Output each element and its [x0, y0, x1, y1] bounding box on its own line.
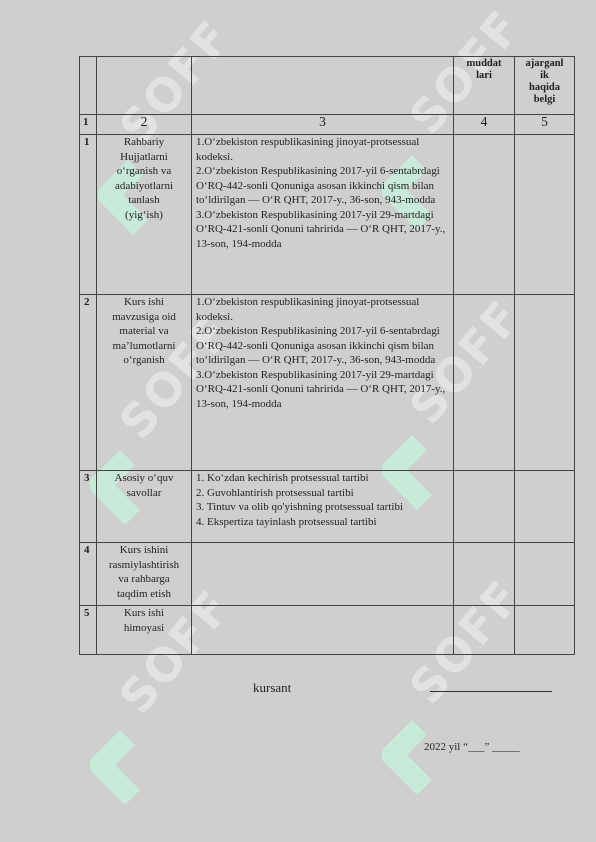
- table-header-row: muddatlari ajarganlikhaqidabelgi: [80, 57, 575, 115]
- row-stage: Asosiy o‘quvsavollar: [97, 471, 192, 543]
- row-content: 1.O‘zbekiston respublikasining jinoyat-p…: [192, 295, 454, 471]
- header-cell-index: [80, 57, 97, 115]
- text-line: 1.O‘zbekiston respublikasining jinoyat-p…: [196, 135, 449, 164]
- text-line: 1. Ko‘zdan kechirish protsessual tartibi: [196, 471, 449, 486]
- text-line: va rahbarga: [101, 572, 187, 587]
- row-stage: Kurs ishimavzusiga oidmaterial vama’lumo…: [97, 295, 192, 471]
- text-line: belgi: [519, 94, 570, 106]
- column-number: 1: [80, 115, 97, 135]
- signer-label: kursant: [253, 680, 291, 696]
- row-index: 4: [80, 543, 97, 606]
- text-line: Kurs ishi: [101, 606, 187, 621]
- text-line: 3. Tintuv va olib qo'yishning protsessua…: [196, 500, 449, 515]
- column-number-row: 1 2 3 4 5: [80, 115, 575, 135]
- row-content: 1.O‘zbekiston respublikasining jinoyat-p…: [192, 135, 454, 295]
- text-line: himoyasi: [101, 621, 187, 636]
- row-content: 1. Ko‘zdan kechirish protsessual tartibi…: [192, 471, 454, 543]
- date-line: 2022 yil “___” _____: [424, 741, 520, 753]
- text-line: ajarganl: [519, 58, 570, 70]
- row-mark: [515, 471, 575, 543]
- row-stage: RahbariyHujjatlarnio‘rganish vaadabiyotl…: [97, 135, 192, 295]
- header-cell-stage: [97, 57, 192, 115]
- header-cell-deadline: muddatlari: [454, 57, 515, 115]
- text-line: material va: [101, 324, 187, 339]
- text-line: haqida: [519, 82, 570, 94]
- text-line: adabiyotlarni: [101, 179, 187, 194]
- header-cell-mark: ajarganlikhaqidabelgi: [515, 57, 575, 115]
- text-line: Asosiy o‘quv: [101, 471, 187, 486]
- column-number: 3: [192, 115, 454, 135]
- row-mark: [515, 606, 575, 655]
- row-deadline: [454, 135, 515, 295]
- text-line: ma’lumotlarni: [101, 339, 187, 354]
- text-line: mavzusiga oid: [101, 310, 187, 325]
- text-line: muddat: [458, 58, 510, 70]
- text-line: taqdim etish: [101, 587, 187, 602]
- row-index: 2: [80, 295, 97, 471]
- row-mark: [515, 543, 575, 606]
- text-line: (yig‘ish): [101, 208, 187, 223]
- column-number: 2: [97, 115, 192, 135]
- row-deadline: [454, 471, 515, 543]
- row-mark: [515, 135, 575, 295]
- text-line: ik: [519, 70, 570, 82]
- row-deadline: [454, 606, 515, 655]
- text-line: o‘rganish: [101, 353, 187, 368]
- text-line: 3.O‘zbekiston Respublikasining 2017-yil …: [196, 208, 449, 252]
- text-line: 2.O‘zbekiston Respublikasining 2017-yil …: [196, 164, 449, 208]
- table-row: 5 Kurs ishihimoyasi: [80, 606, 575, 655]
- row-deadline: [454, 295, 515, 471]
- signature-line: [430, 691, 552, 692]
- table-row: 4 Kurs ishinirasmiylashtirishva rahbarga…: [80, 543, 575, 606]
- text-line: Kurs ishi: [101, 295, 187, 310]
- row-content: [192, 606, 454, 655]
- text-line: tanlash: [101, 193, 187, 208]
- row-stage: Kurs ishihimoyasi: [97, 606, 192, 655]
- column-number: 4: [454, 115, 515, 135]
- row-mark: [515, 295, 575, 471]
- row-index: 1: [80, 135, 97, 295]
- watermark-logo-icon: [80, 700, 150, 810]
- text-line: savollar: [101, 486, 187, 501]
- text-line: rasmiylashtirish: [101, 558, 187, 573]
- row-stage: Kurs ishinirasmiylashtirishva rahbargata…: [97, 543, 192, 606]
- table-row: 2 Kurs ishimavzusiga oidmaterial vama’lu…: [80, 295, 575, 471]
- text-line: 2. Guvohlantirish protsessual tartibi: [196, 486, 449, 501]
- text-line: Hujjatlarni: [101, 150, 187, 165]
- text-line: 1.O‘zbekiston respublikasining jinoyat-p…: [196, 295, 449, 324]
- table-row: 1 RahbariyHujjatlarnio‘rganish vaadabiyo…: [80, 135, 575, 295]
- text-line: lari: [458, 70, 510, 82]
- text-line: 3.O‘zbekiston Respublikasining 2017-yil …: [196, 368, 449, 412]
- header-cell-content: [192, 57, 454, 115]
- row-index: 5: [80, 606, 97, 655]
- table-row: 3 Asosiy o‘quvsavollar 1. Ko‘zdan kechir…: [80, 471, 575, 543]
- text-line: Rahbariy: [101, 135, 187, 150]
- text-line: Kurs ishini: [101, 543, 187, 558]
- row-content: [192, 543, 454, 606]
- row-deadline: [454, 543, 515, 606]
- text-line: 2.O‘zbekiston Respublikasining 2017-yil …: [196, 324, 449, 368]
- course-work-plan-table: muddatlari ajarganlikhaqidabelgi 1 2 3 4…: [79, 56, 575, 655]
- column-number: 5: [515, 115, 575, 135]
- row-index: 3: [80, 471, 97, 543]
- text-line: 4. Ekspertiza tayinlash protsessual tart…: [196, 515, 449, 530]
- text-line: o‘rganish va: [101, 164, 187, 179]
